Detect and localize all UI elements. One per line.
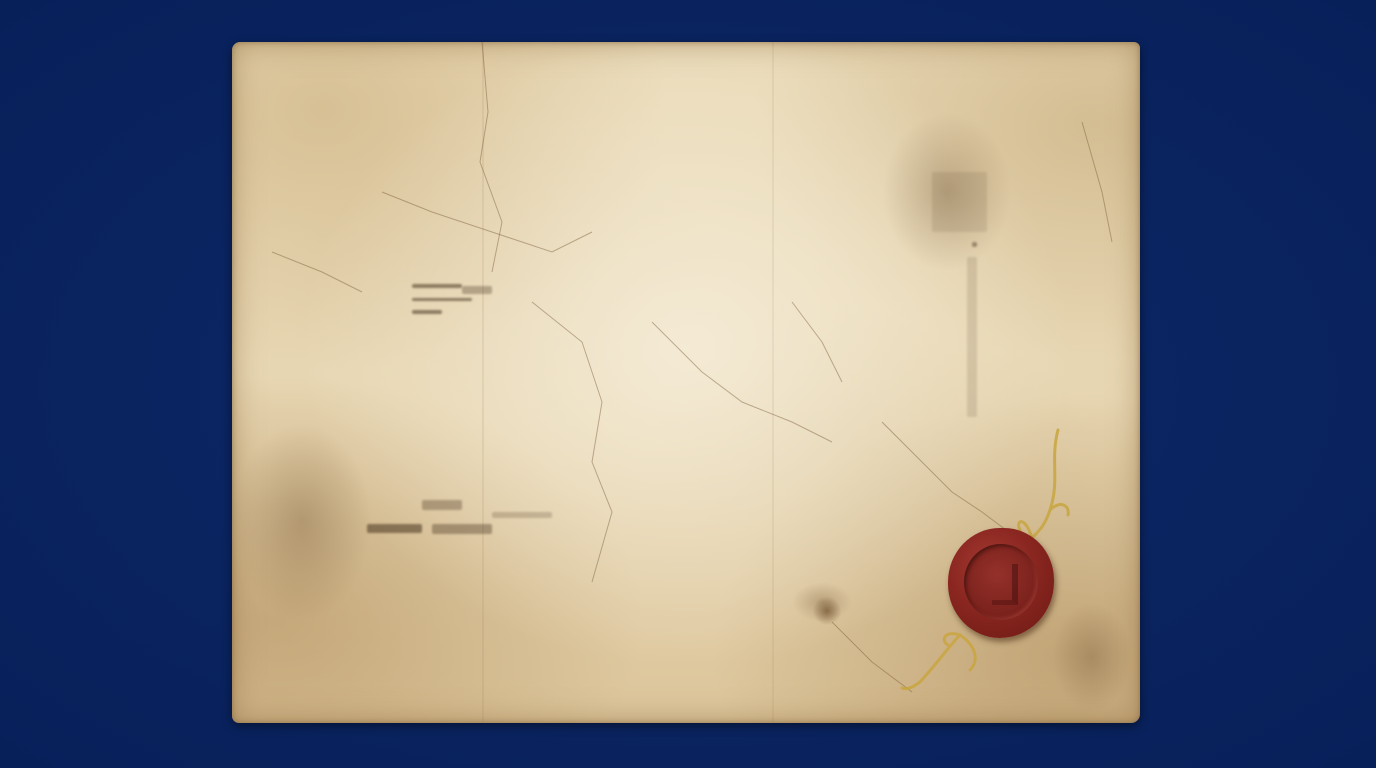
seal-impression: [964, 544, 1038, 620]
wax-seal: [948, 528, 1054, 638]
seal-emblem-icon: [992, 564, 1018, 605]
